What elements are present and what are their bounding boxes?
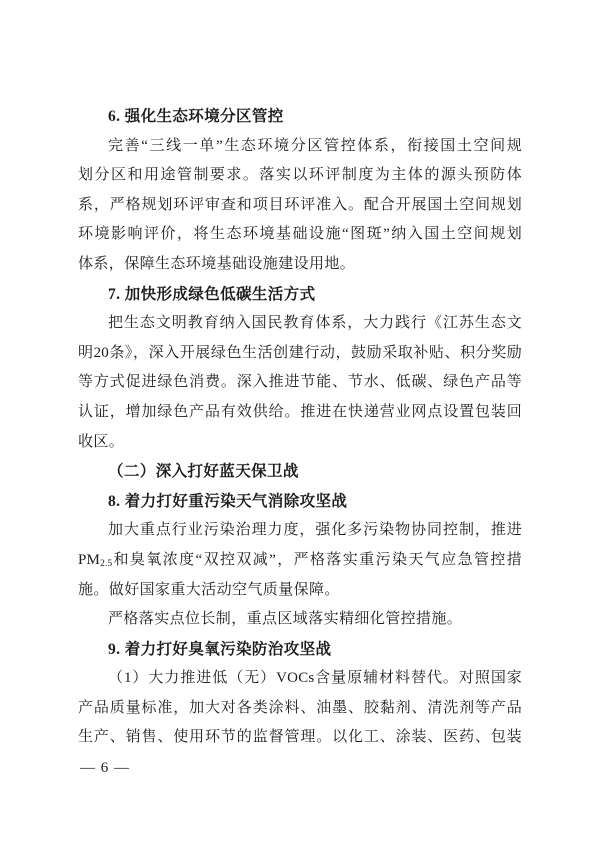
text-line: 生产、销售、使用环节的监督管理。以化工、涂装、医药、包装 xyxy=(78,723,522,753)
section-heading: 6. 强化生态环境分区管控 xyxy=(78,102,522,132)
text-line: 明20条》，深入开展绿色生活创建行动，鼓励采取补贴、积分奖励 xyxy=(78,339,522,369)
text-line: 认证，增加绿色产品有效供给。推进在快递营业网点设置包装回 xyxy=(78,398,522,428)
text-line: 加大重点行业污染治理力度，强化多污染物协同控制，推进 xyxy=(78,516,522,546)
text-line: 严格落实点位长制，重点区域落实精细化管控措施。 xyxy=(78,605,522,635)
section-heading: 8. 着力打好重污染天气消除攻坚战 xyxy=(78,487,522,517)
text-line: 把生态文明教育纳入国民教育体系，大力践行《江苏生态文 xyxy=(78,309,522,339)
text-line: PM2.5和臭氧浓度“双控双减”，严格落实重污染天气应急管控措 xyxy=(78,546,522,576)
section-heading: 9. 着力打好臭氧污染防治攻坚战 xyxy=(78,635,522,665)
text-line: 系，严格规划环评审查和项目环评准入。配合开展国土空间规划 xyxy=(78,191,522,221)
text-line: 环境影响评价，将生态环境基础设施“图斑”纳入国土空间规划 xyxy=(78,220,522,250)
page-number: — 6 — xyxy=(80,756,130,780)
text-line: 收区。 xyxy=(78,428,522,458)
text-line: 产品质量标准，加大对各类涂料、油墨、胶黏剂、清洗剂等产品 xyxy=(78,694,522,724)
text-line: 等方式促进绿色消费。深入推进节能、节水、低碳、绿色产品等 xyxy=(78,368,522,398)
document-page: 6. 强化生态环境分区管控完善“三线一单”生态环境分区管控体系，衔接国土空间规划… xyxy=(0,0,600,848)
section-heading: 7. 加快形成绿色低碳生活方式 xyxy=(78,280,522,310)
subscript-text: 2.5 xyxy=(100,559,112,569)
text-line: 完善“三线一单”生态环境分区管控体系，衔接国土空间规 xyxy=(78,132,522,162)
text-line: （1）大力推进低（无）VOCs含量原辅材料替代。对照国家 xyxy=(78,664,522,694)
text-line: 施。做好国家重大活动空气质量保障。 xyxy=(78,576,522,606)
section-heading: （二）深入打好蓝天保卫战 xyxy=(78,457,522,487)
text-line: 划分区和用途管制要求。落实以环评制度为主体的源头预防体 xyxy=(78,161,522,191)
text-line: 体系，保障生态环境基础设施建设用地。 xyxy=(78,250,522,280)
text-block: 6. 强化生态环境分区管控完善“三线一单”生态环境分区管控体系，衔接国土空间规划… xyxy=(78,102,522,753)
